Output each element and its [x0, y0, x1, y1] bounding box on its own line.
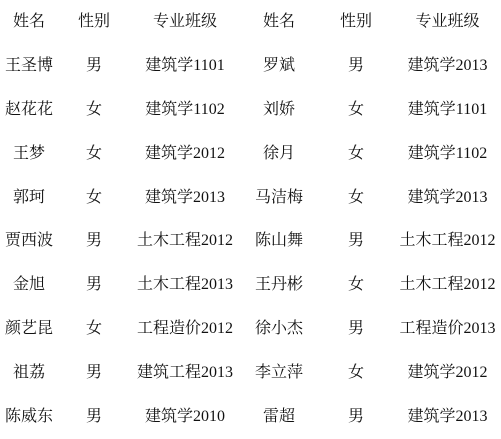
cell-class: 建筑学2012 [394, 351, 501, 395]
header-class-left: 专业班级 [130, 0, 240, 44]
cell-name: 王圣博 [0, 44, 58, 88]
table-row: 郭珂 女 建筑学2013 马洁梅 女 建筑学2013 [0, 176, 501, 220]
cell-gender: 男 [318, 219, 394, 263]
cell-name: 王梦 [0, 132, 58, 176]
cell-gender: 男 [58, 44, 130, 88]
table-row: 祖荔 男 建筑工程2013 李立萍 女 建筑学2012 [0, 351, 501, 395]
cell-class: 建筑学2012 [130, 132, 240, 176]
cell-gender: 男 [58, 351, 130, 395]
table-row: 王梦 女 建筑学2012 徐月 女 建筑学1102 [0, 132, 501, 176]
cell-name: 刘娇 [240, 88, 318, 132]
cell-gender: 男 [318, 395, 394, 439]
cell-class: 建筑学1101 [394, 88, 501, 132]
cell-name: 贾西波 [0, 219, 58, 263]
cell-name: 雷超 [240, 395, 318, 439]
cell-class: 工程造价2012 [130, 307, 240, 351]
cell-name: 罗斌 [240, 44, 318, 88]
cell-class: 建筑学2013 [394, 395, 501, 439]
cell-class: 土木工程2013 [130, 263, 240, 307]
cell-name: 王丹彬 [240, 263, 318, 307]
cell-class: 工程造价2013 [394, 307, 501, 351]
cell-class: 土木工程2012 [394, 263, 501, 307]
header-gender-left: 性别 [58, 0, 130, 44]
cell-class: 建筑学1102 [394, 132, 501, 176]
header-name-right: 姓名 [240, 0, 318, 44]
cell-name: 赵花花 [0, 88, 58, 132]
cell-gender: 女 [58, 307, 130, 351]
student-roster-table: 姓名 性别 专业班级 姓名 性别 专业班级 王圣博 男 建筑学1101 罗斌 男… [0, 0, 501, 439]
cell-gender: 女 [318, 263, 394, 307]
cell-class: 建筑学2013 [394, 44, 501, 88]
cell-name: 陈威东 [0, 395, 58, 439]
table-row: 颜艺昆 女 工程造价2012 徐小杰 男 工程造价2013 [0, 307, 501, 351]
header-row: 姓名 性别 专业班级 姓名 性别 专业班级 [0, 0, 501, 44]
cell-class: 建筑学2013 [130, 176, 240, 220]
cell-gender: 男 [318, 44, 394, 88]
cell-gender: 女 [318, 176, 394, 220]
table-row: 金旭 男 土木工程2013 王丹彬 女 土木工程2012 [0, 263, 501, 307]
cell-name: 徐月 [240, 132, 318, 176]
cell-class: 建筑学2013 [394, 176, 501, 220]
cell-class: 土木工程2012 [394, 219, 501, 263]
table-row: 赵花花 女 建筑学1102 刘娇 女 建筑学1101 [0, 88, 501, 132]
header-name-left: 姓名 [0, 0, 58, 44]
cell-class: 建筑工程2013 [130, 351, 240, 395]
cell-name: 陈山舞 [240, 219, 318, 263]
cell-name: 郭珂 [0, 176, 58, 220]
table-row: 贾西波 男 土木工程2012 陈山舞 男 土木工程2012 [0, 219, 501, 263]
header-gender-right: 性别 [318, 0, 394, 44]
cell-class: 建筑学2010 [130, 395, 240, 439]
cell-class: 建筑学1101 [130, 44, 240, 88]
header-class-right: 专业班级 [394, 0, 501, 44]
cell-gender: 女 [318, 132, 394, 176]
cell-gender: 女 [318, 88, 394, 132]
cell-name: 颜艺昆 [0, 307, 58, 351]
cell-class: 建筑学1102 [130, 88, 240, 132]
cell-gender: 男 [58, 219, 130, 263]
cell-gender: 男 [58, 395, 130, 439]
cell-name: 李立萍 [240, 351, 318, 395]
cell-name: 金旭 [0, 263, 58, 307]
cell-class: 土木工程2012 [130, 219, 240, 263]
cell-name: 徐小杰 [240, 307, 318, 351]
cell-gender: 女 [58, 132, 130, 176]
table-row: 王圣博 男 建筑学1101 罗斌 男 建筑学2013 [0, 44, 501, 88]
cell-gender: 女 [58, 176, 130, 220]
cell-gender: 女 [318, 351, 394, 395]
cell-gender: 女 [58, 88, 130, 132]
table-row: 陈威东 男 建筑学2010 雷超 男 建筑学2013 [0, 395, 501, 439]
cell-gender: 男 [318, 307, 394, 351]
cell-name: 马洁梅 [240, 176, 318, 220]
cell-gender: 男 [58, 263, 130, 307]
cell-name: 祖荔 [0, 351, 58, 395]
